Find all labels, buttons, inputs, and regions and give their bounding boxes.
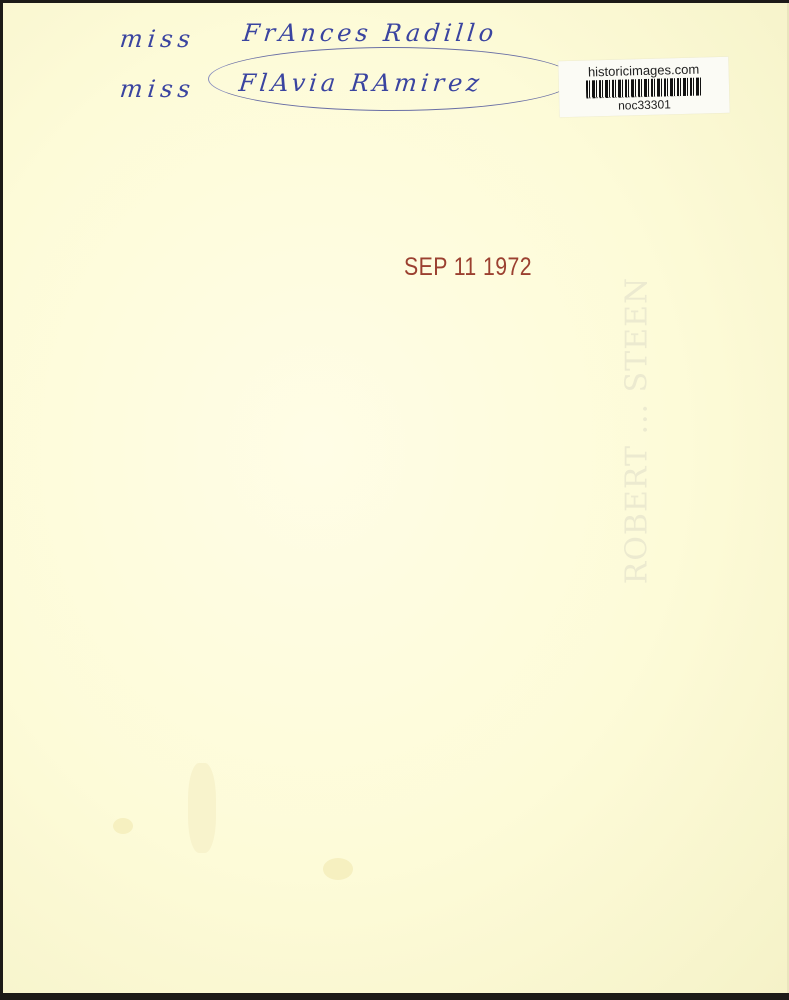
barcode-label: historicimages.com noc33301 <box>558 57 729 117</box>
handwritten-name-frances-radillo: FrAnces Radillo <box>242 19 499 47</box>
stain-spot <box>323 858 353 880</box>
label-site: historicimages.com <box>588 61 700 79</box>
stain-spot <box>188 763 216 853</box>
handwritten-miss-2: miss <box>119 75 197 103</box>
barcode-icon <box>586 77 702 98</box>
photo-back-page: miss FrAnces Radillo miss FlAvia RAmirez… <box>3 3 789 993</box>
stain-spot <box>113 818 133 834</box>
handwritten-name-flavia-ramirez: FlAvia RAmirez <box>238 69 485 97</box>
bleed-through-text: ROBERT ... STEEN <box>619 277 654 585</box>
label-code: noc33301 <box>618 97 671 112</box>
handwritten-miss-1: miss <box>119 25 197 53</box>
date-stamp: SEP 11 1972 <box>404 253 532 282</box>
